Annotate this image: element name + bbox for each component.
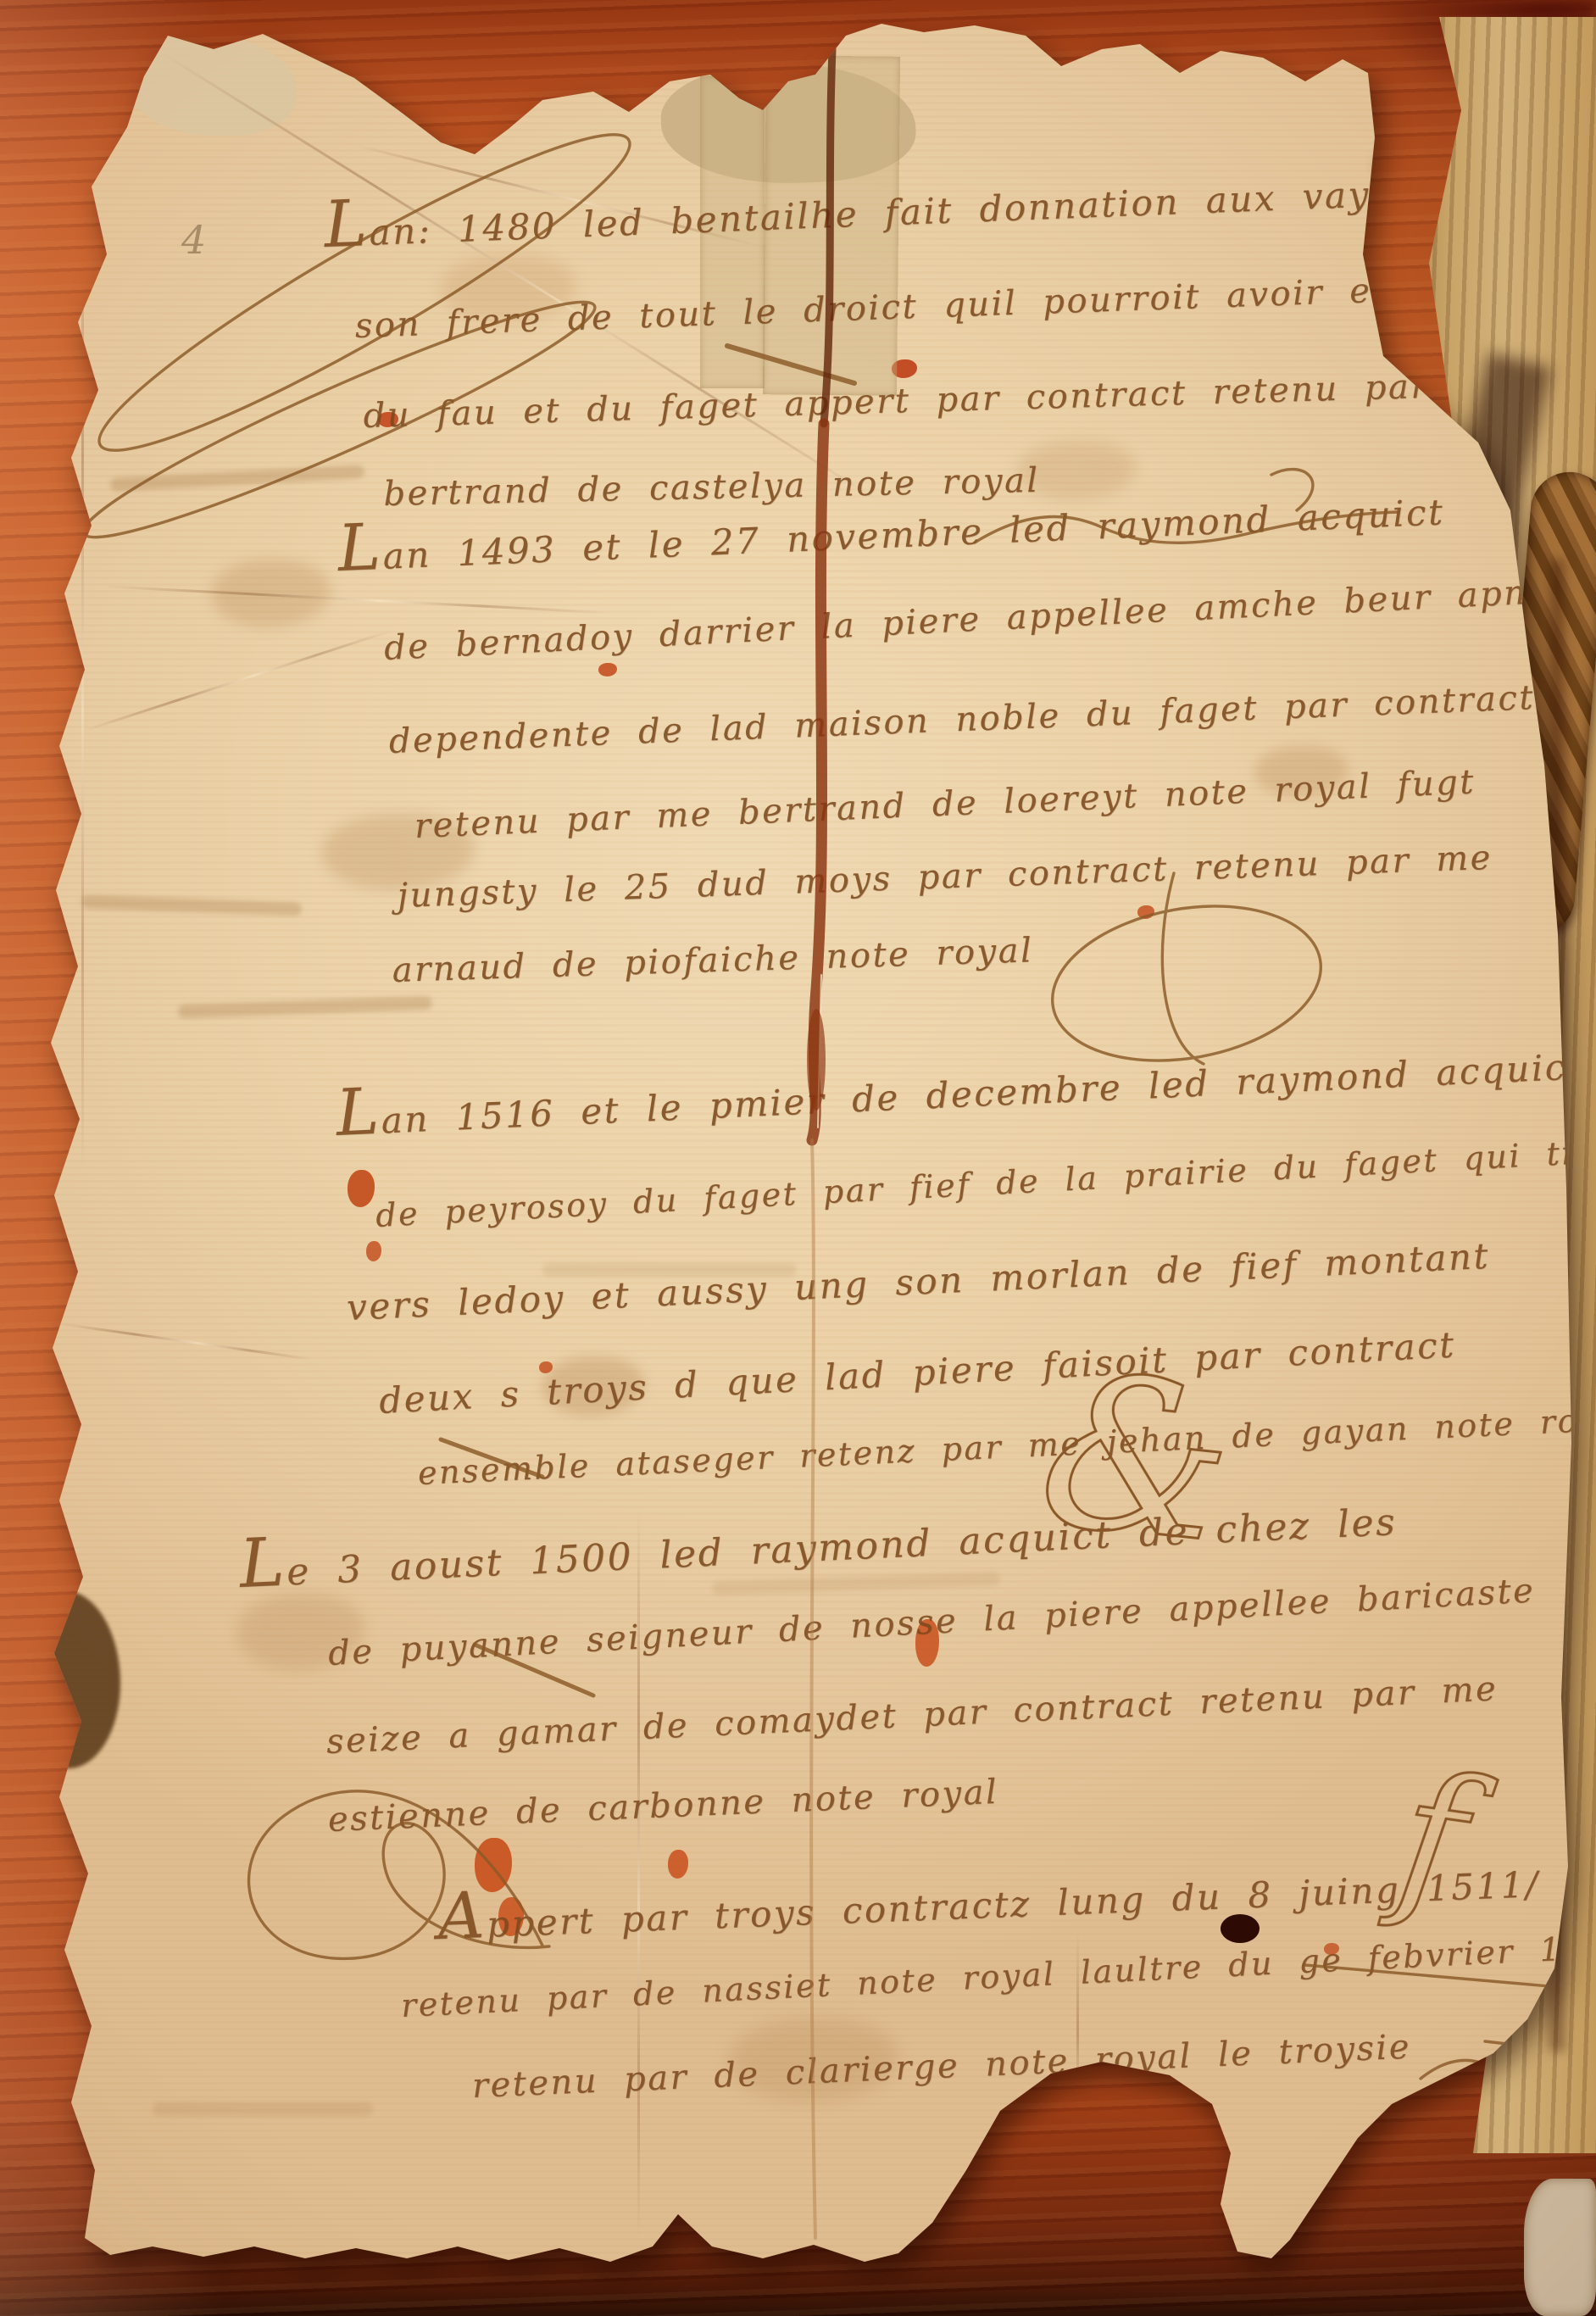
ink-line: seize a gamar de comaydet par contract r… — [325, 1669, 1499, 1762]
ink-line: Appert par troys contractz lung du 8 jui… — [437, 1863, 1540, 1947]
ink-line: Lan 1516 et le pmier de decembre led ray… — [336, 1045, 1584, 1144]
ink-line: deux s troys d que lad piere faisoit par… — [378, 1323, 1457, 1421]
bleedthrough-text — [712, 1572, 1000, 1595]
wax-spot — [598, 663, 617, 676]
flourish-swash — [1421, 2060, 1507, 2111]
ink-line: dependente de lad maison noble du faget … — [388, 678, 1536, 761]
manuscript-sheet-wrap: 4 Lan: 1480 led bentailhe fait donnation… — [0, 0, 1596, 2316]
wax-spot — [366, 1241, 381, 1261]
ink-line: estienne de carbonne note royal — [327, 1773, 999, 1840]
ink-line: retenu par de clarierge note royal le tr… — [471, 2028, 1412, 2106]
bleedthrough-text — [81, 894, 302, 916]
ink-line: du fau et du faget appert par contract r… — [363, 365, 1511, 436]
bleedthrough-text — [153, 2102, 373, 2116]
flourish-paraph — [1162, 873, 1204, 1064]
underline-1514 — [1480, 2041, 1596, 2077]
manuscript-photograph: 4 Lan: 1480 led bentailhe fait donnation… — [0, 0, 1596, 2316]
crease-line — [102, 585, 609, 614]
wax-spot — [1137, 905, 1154, 919]
ink-line: de bernadoy darrier la piere appellee am… — [383, 572, 1544, 668]
dark-edge-stain — [12, 1590, 120, 1768]
wax-spot — [63, 548, 76, 570]
wax-spot — [668, 1850, 688, 1879]
ink-line: bertrand de castelya note royal — [383, 461, 1040, 514]
ink-line: retenu par me bertrand de loereyt note r… — [414, 763, 1476, 846]
ink-line: de peyrosoy du faget par fief de la prai… — [375, 1131, 1596, 1234]
ink-line: vers ledoy et aussy ung son morlan de fi… — [346, 1235, 1491, 1328]
flourish-f: f — [1377, 1734, 1503, 1944]
bleedthrough-text — [110, 465, 364, 492]
crease-line — [81, 153, 84, 1170]
wax-spot — [348, 1170, 375, 1207]
bleedthrough-text — [178, 996, 432, 1018]
crease-line — [59, 1322, 311, 1361]
manuscript-sheet: 4 Lan: 1480 led bentailhe fait donnation… — [0, 0, 1596, 2316]
stain — [1373, 144, 1449, 187]
crease-line — [85, 630, 392, 732]
ink-line: jungsty le 25 dud moys par contract rete… — [397, 838, 1493, 916]
flourish-paraph — [1040, 887, 1333, 1081]
page-number: 4 — [181, 217, 206, 263]
worm-hole — [1221, 1914, 1260, 1943]
ink-line: arnaud de piofaiche note royal — [392, 931, 1034, 990]
